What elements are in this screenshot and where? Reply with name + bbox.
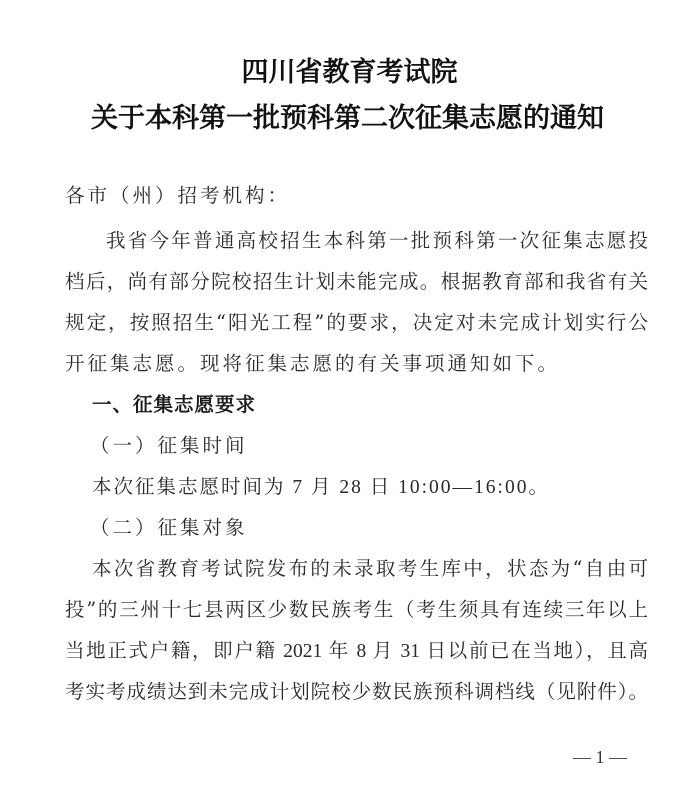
salutation: 各市（州）招考机构： [65,180,648,208]
intro-line-4: 开征集志愿。现将征集志愿的有关事项通知如下。 [65,348,648,376]
document-title-subject: 关于本科第一批预科第二次征集志愿的通知 [0,96,697,135]
collection-time-text: 本次征集志愿时间为 7 月 28 日 10:00—16:00。 [92,471,675,499]
intro-line-2: 档后，尚有部分院校招生计划未能完成。根据教育部和我省有关 [65,266,648,294]
document-page: 四川省教育考试院 关于本科第一批预科第二次征集志愿的通知 各市（州）招考机构： … [0,0,699,801]
subsection-heading-target: （二）征集对象 [90,512,673,540]
section-heading-1: 一、征集志愿要求 [92,389,675,417]
subsection-heading-time: （一）征集时间 [90,430,673,458]
target-line-4: 考实考成绩达到未完成计划院校少数民族预科调档线（见附件）。 [65,676,648,704]
intro-line-3: 规定，按照招生“阳光工程”的要求，决定对未完成计划实行公 [65,307,648,335]
page-number: — 1 — [573,747,627,768]
intro-line-1: 我省今年普通高校招生本科第一批预科第一次征集志愿投 [106,225,648,253]
target-line-2: 投”的三州十七县两区少数民族考生（考生须具有连续三年以上 [65,594,648,622]
document-title-issuer: 四川省教育考试院 [0,50,699,89]
target-line-1: 本次省教育考试院发布的未录取考生库中，状态为“自由可 [92,553,648,581]
target-line-3: 当地正式户籍，即户籍 2021 年 8 月 31 日以前已在当地），且高 [65,635,648,663]
